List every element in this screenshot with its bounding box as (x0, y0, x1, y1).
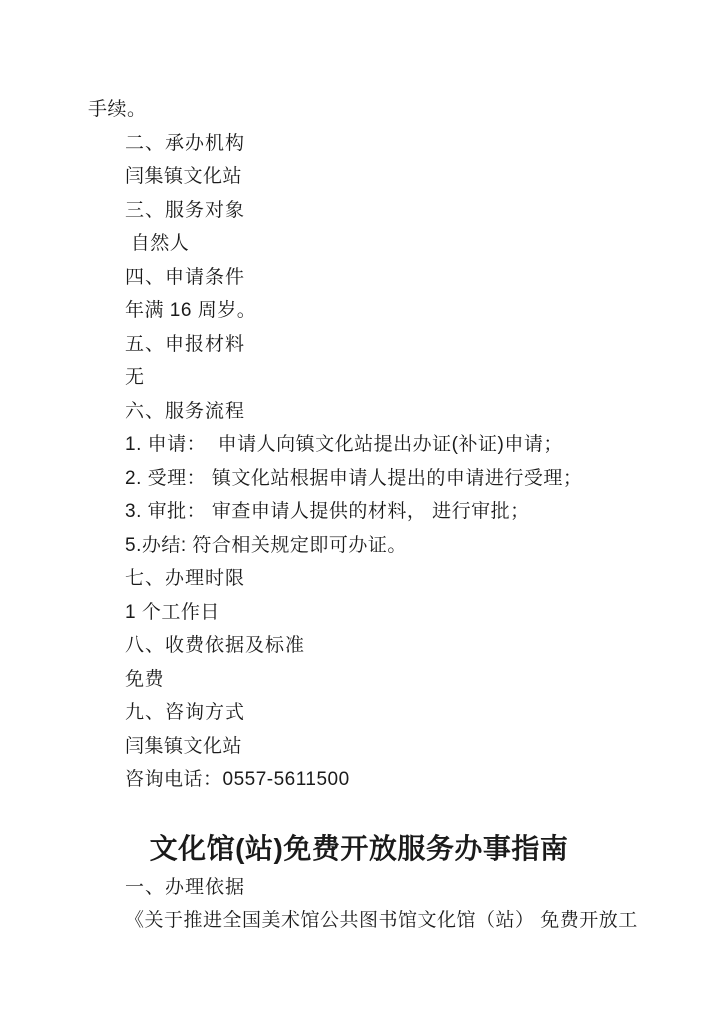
section-heading: 九、咨询方式 (88, 696, 630, 730)
document-body: 手续。二、承办机构闫集镇文化站三、服务对象 自然人四、申请条件年满 16 周岁。… (0, 0, 715, 938)
document-line: 年满 16 周岁。 (88, 294, 630, 328)
document-line: 2. 受理： 镇文化站根据申请人提出的申请进行受理； (88, 462, 630, 496)
section-heading: 四、申请条件 (88, 261, 630, 295)
document-line: 5.办结: 符合相关规定即可办证。 (88, 529, 630, 563)
document-line: 自然人 (88, 227, 630, 261)
document-title: 文化馆(站)免费开放服务办事指南 (88, 827, 630, 871)
document-line: 咨询电话：0557-5611500 (88, 763, 630, 797)
section-heading: 三、服务对象 (88, 194, 630, 228)
document-line: 1. 申请： 申请人向镇文化站提出办证(补证)申请； (88, 428, 630, 462)
document-line: 1 个工作日 (88, 596, 630, 630)
section-heading: 六、服务流程 (88, 395, 630, 429)
continuation-line: 手续。 (88, 93, 630, 127)
document-line: 闫集镇文化站 (88, 730, 630, 764)
section-heading: 七、办理时限 (88, 562, 630, 596)
section-heading: 五、申报材料 (88, 328, 630, 362)
section-heading: 二、承办机构 (88, 127, 630, 161)
document-page: 手续。二、承办机构闫集镇文化站三、服务对象 自然人四、申请条件年满 16 周岁。… (0, 0, 715, 1011)
section-heading: 一、办理依据 (88, 871, 630, 905)
section-heading: 八、收费依据及标准 (88, 629, 630, 663)
document-line: 无 (88, 361, 630, 395)
blank-line (88, 797, 630, 827)
document-line: 闫集镇文化站 (88, 160, 630, 194)
document-line: 《关于推进全国美术馆公共图书馆文化馆（站） 免费开放工 (88, 904, 630, 938)
document-line: 3. 审批： 审查申请人提供的材料， 进行审批； (88, 495, 630, 529)
document-line: 免费 (88, 663, 630, 697)
